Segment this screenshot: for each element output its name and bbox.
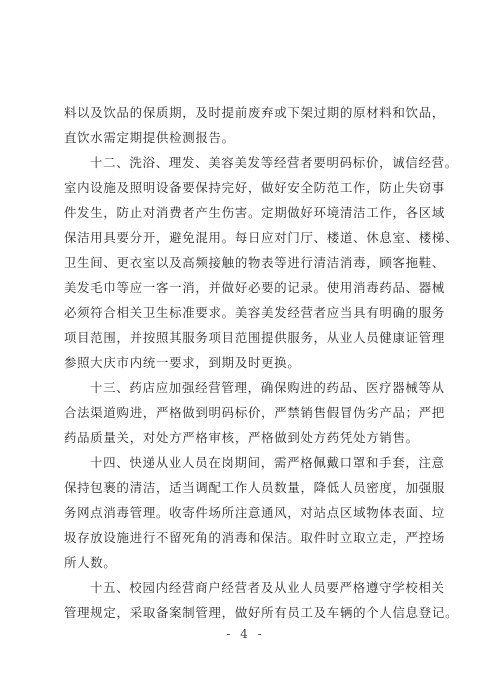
text-line: 保洁用具要分开，避免混用。每日应对门厅、楼道、休息室、楼梯、 — [64, 225, 436, 250]
text-line: 参照大庆市内统一要求，到期及时更换。 — [64, 350, 436, 375]
paragraph-p-14: 十四、快递从业人员在岗期间，需严格佩戴口罩和手套，注意保持包裹的清洁，适当调配工… — [64, 450, 436, 575]
text-line: 料以及饮品的保质期，及时提前废弃或下架过期的原材料和饮品， — [64, 100, 436, 125]
text-line: 管理规定，采取备案制管理，做好所有员工及车辆的个人信息登记。 — [64, 600, 436, 625]
text-line: 十五、校园内经营商户经营者及从业人员要严格遵守学校相关 — [64, 575, 436, 600]
text-line: 美发毛巾等应一客一消，并做好必要的记录。使用消毒药品、器械 — [64, 275, 436, 300]
text-line: 十二、洗浴、理发、美容美发等经营者要明码标价，诚信经营。 — [64, 150, 436, 175]
text-line: 必须符合相关卫生标准要求。美容美发经营者应当具有明确的服务 — [64, 300, 436, 325]
text-line: 件发生，防止对消费者产生伤害。定期做好环境清洁工作，各区域 — [64, 200, 436, 225]
text-line: 十四、快递从业人员在岗期间，需严格佩戴口罩和手套，注意 — [64, 450, 436, 475]
document-page: 料以及饮品的保质期，及时提前废弃或下架过期的原材料和饮品，直饮水需定期提供检测报… — [64, 100, 436, 625]
paragraph-p-15: 十五、校园内经营商户经营者及从业人员要严格遵守学校相关管理规定，采取备案制管理，… — [64, 575, 436, 625]
paragraph-p-13: 十三、药店应加强经营管理，确保购进的药品、医疗器械等从合法渠道购进，严格做到明码… — [64, 375, 436, 450]
text-line: 合法渠道购进，严格做到明码标价，严禁销售假冒伪劣产品；严把 — [64, 400, 436, 425]
text-line: 圾存放设施进行不留死角的消毒和保洁。取件时立取立走，严控场 — [64, 525, 436, 550]
text-line: 项目范围，并按照其服务项目范围提供服务，从业人员健康证管理 — [64, 325, 436, 350]
text-line: 保持包裹的清洁，适当调配工作人员数量，降低人员密度，加强服 — [64, 475, 436, 500]
page-number: - 4 - — [0, 627, 491, 641]
text-line: 十三、药店应加强经营管理，确保购进的药品、医疗器械等从 — [64, 375, 436, 400]
text-line: 务网点消毒管理。收寄件场所注意通风，对站点区域物体表面、垃 — [64, 500, 436, 525]
paragraph-p-continuation: 料以及饮品的保质期，及时提前废弃或下架过期的原材料和饮品，直饮水需定期提供检测报… — [64, 100, 436, 150]
text-line: 药品质量关，对处方严格审核，严格做到处方药凭处方销售。 — [64, 425, 436, 450]
paragraph-p-12: 十二、洗浴、理发、美容美发等经营者要明码标价，诚信经营。室内设施及照明设备要保持… — [64, 150, 436, 375]
text-line: 所人数。 — [64, 550, 436, 575]
text-line: 直饮水需定期提供检测报告。 — [64, 125, 436, 150]
text-line: 卫生间、更衣室以及高频接触的物表等进行清洁消毒，顾客拖鞋、 — [64, 250, 436, 275]
text-line: 室内设施及照明设备要保持完好，做好安全防范工作，防止失窃事 — [64, 175, 436, 200]
